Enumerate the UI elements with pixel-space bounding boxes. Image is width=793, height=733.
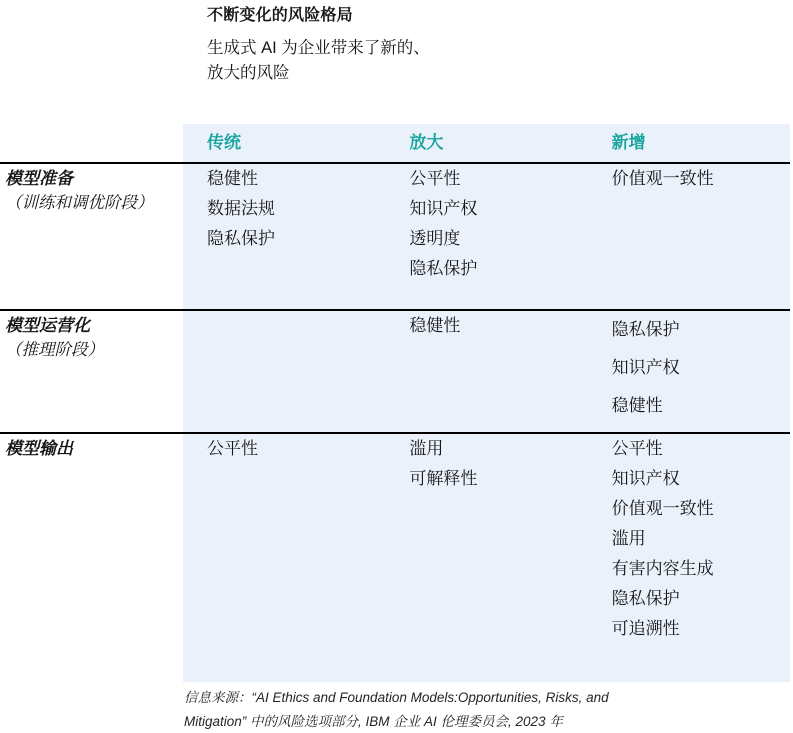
risk-item: 隐私保护 — [612, 584, 790, 614]
subtitle: 生成式 AI 为企业带来了新的、 放大的风险 — [207, 36, 430, 86]
table-row-model-operationalization: 模型运营化 （推理阶段） 稳健性 隐私保护 知识产权 稳健性 — [0, 311, 790, 434]
row-band: 公平性 滥用 可解释性 公平性 知识产权 价值观一致性 滥用 有害内容生成 隐私… — [183, 434, 790, 682]
cell-new: 公平性 知识产权 价值观一致性 滥用 有害内容生成 隐私保护 可追溯性 — [588, 434, 790, 682]
risk-item: 可解释性 — [409, 464, 587, 494]
risk-item: 价值观一致性 — [612, 164, 790, 194]
risk-item: 有害内容生成 — [612, 554, 790, 584]
risk-item: 稳健性 — [409, 311, 587, 341]
cell-traditional — [183, 311, 385, 432]
risk-item: 滥用 — [612, 524, 790, 554]
risk-item: 可追溯性 — [612, 614, 790, 644]
risk-table: 传统 放大 新增 模型准备 （训练和调优阶段） 稳健性 数据法规 隐私保护 公平… — [0, 124, 790, 682]
cell-amplified: 稳健性 — [385, 311, 587, 432]
header-band: 传统 放大 新增 — [183, 124, 790, 162]
risk-item: 透明度 — [409, 224, 587, 254]
column-header-amplified: 放大 — [385, 124, 587, 162]
source-note-line-2: Mitigation” 中的风险选项部分, IBM 企业 AI 伦理委员会, 2… — [184, 710, 609, 733]
risk-landscape-infographic: 不断变化的风险格局 生成式 AI 为企业带来了新的、 放大的风险 传统 放大 新… — [0, 0, 793, 733]
cell-amplified: 滥用 可解释性 — [385, 434, 587, 682]
subtitle-line-2: 放大的风险 — [207, 61, 430, 86]
subtitle-line-1: 生成式 AI 为企业带来了新的、 — [207, 36, 430, 61]
row-header-title: 模型输出 — [5, 436, 183, 461]
risk-item: 价值观一致性 — [612, 494, 790, 524]
risk-item: 知识产权 — [409, 194, 587, 224]
header-row-spacer — [0, 124, 183, 162]
risk-item: 稳健性 — [612, 387, 790, 425]
row-band: 稳健性 隐私保护 知识产权 稳健性 — [183, 311, 790, 432]
column-header-traditional: 传统 — [183, 124, 385, 162]
table-header-row: 传统 放大 新增 — [0, 124, 790, 164]
cell-traditional: 公平性 — [183, 434, 385, 682]
row-header-model-preparation: 模型准备 （训练和调优阶段） — [0, 164, 183, 309]
row-header-title: 模型运营化 — [5, 313, 183, 338]
risk-item: 隐私保护 — [409, 254, 587, 284]
risk-item: 公平性 — [409, 164, 587, 194]
cell-new: 隐私保护 知识产权 稳健性 — [588, 311, 790, 432]
table-row-model-preparation: 模型准备 （训练和调优阶段） 稳健性 数据法规 隐私保护 公平性 知识产权 透明… — [0, 164, 790, 311]
row-header-model-operationalization: 模型运营化 （推理阶段） — [0, 311, 183, 432]
risk-item: 滥用 — [409, 434, 587, 464]
risk-item: 公平性 — [207, 434, 385, 464]
page-title: 不断变化的风险格局 — [207, 2, 353, 25]
risk-item: 公平性 — [612, 434, 790, 464]
source-note: 信息来源：“AI Ethics and Foundation Models:Op… — [184, 686, 609, 733]
risk-item: 隐私保护 — [612, 311, 790, 349]
source-note-line-1: 信息来源：“AI Ethics and Foundation Models:Op… — [184, 686, 609, 710]
row-header-subtitle: （推理阶段） — [5, 338, 183, 363]
risk-item: 知识产权 — [612, 464, 790, 494]
row-header-subtitle: （训练和调优阶段） — [5, 191, 183, 216]
risk-item: 知识产权 — [612, 349, 790, 387]
row-band: 稳健性 数据法规 隐私保护 公平性 知识产权 透明度 隐私保护 价值观一致性 — [183, 164, 790, 309]
table-row-model-output: 模型输出 公平性 滥用 可解释性 公平性 知识产权 价值观一致性 滥用 有害内容… — [0, 434, 790, 682]
cell-new: 价值观一致性 — [588, 164, 790, 309]
cell-traditional: 稳健性 数据法规 隐私保护 — [183, 164, 385, 309]
row-header-model-output: 模型输出 — [0, 434, 183, 682]
cell-amplified: 公平性 知识产权 透明度 隐私保护 — [385, 164, 587, 309]
risk-item: 稳健性 — [207, 164, 385, 194]
risk-item: 隐私保护 — [207, 224, 385, 254]
column-header-new: 新增 — [588, 124, 790, 162]
risk-item: 数据法规 — [207, 194, 385, 224]
row-header-title: 模型准备 — [5, 166, 183, 191]
